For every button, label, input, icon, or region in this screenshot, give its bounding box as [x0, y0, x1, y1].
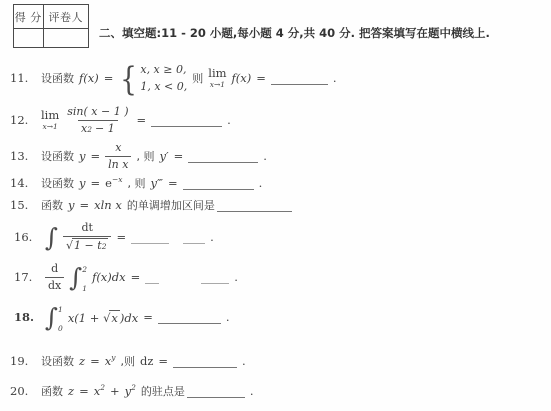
function-lhs: y [79, 176, 86, 190]
grader-label: 评卷人 [49, 9, 84, 25]
equals-sign: = [137, 113, 147, 127]
answer-blank-segment [131, 230, 169, 244]
question-19-row: 19. 设函数 z = xy ,则 dz = . [10, 350, 246, 372]
score-label: 得 分 [15, 9, 42, 25]
fraction: sin( x − 1 ) x2 − 1 [64, 105, 131, 136]
exponential-expression: e−x [105, 176, 122, 190]
integrand: f(x)dx [92, 270, 126, 284]
question-18-row: 18. ∫ 1 0 x(1 + √x)dx = . [14, 298, 230, 336]
power-expression: y2 [125, 384, 136, 398]
equals-sign: = [90, 354, 100, 368]
fraction: x ln x [105, 141, 131, 172]
function-lhs: y [68, 198, 75, 212]
equals-sign: = [91, 176, 101, 190]
question-11-row: 11. 设函数 f(x) = { x, x ≥ 0, 1, x < 0, 则 l… [10, 58, 337, 98]
question-number: 18. [14, 310, 36, 324]
question-pretext: 函数 [41, 383, 63, 399]
d-numerator: d [51, 262, 58, 276]
power-superscript: 2 [100, 383, 105, 392]
function-lhs: z [68, 384, 74, 398]
power-superscript: y [111, 353, 115, 362]
question-number: 14. [10, 176, 32, 190]
definite-integral: ∫ 2 1 [69, 263, 87, 291]
integral-upper-limit: 2 [82, 265, 87, 274]
question-number: 11. [10, 71, 32, 85]
period: . [210, 230, 214, 244]
question-15-row: 15. 函数 y = xln x 的单调增加区间是 [10, 196, 292, 214]
answer-blank-segment [183, 230, 205, 244]
question-14-row: 14. 设函数 y = e−x , 则 y‴ = . [10, 172, 262, 194]
function-expression: f(x) [79, 71, 99, 85]
integrand-pre: x(1 + [68, 311, 100, 325]
derivative-operator: d dx [45, 262, 64, 293]
function-rhs: xln x [94, 198, 122, 212]
question-pretext: 设函数 [41, 175, 74, 191]
grader-entry-cell [44, 29, 88, 47]
answer-blank [151, 113, 222, 127]
score-entry-cell [14, 29, 44, 47]
question-number: 20. [10, 384, 32, 398]
integral-sign: ∫ [45, 305, 58, 330]
question-posttext: 的单调增加区间是 [127, 197, 215, 213]
integral-lower-limit: 0 [58, 324, 63, 333]
derivative-expression: y′ [159, 149, 168, 163]
function-expression: f(x) [232, 71, 252, 85]
fraction-numerator: dt [82, 221, 93, 235]
fraction-denominator: x2 − 1 [78, 120, 118, 136]
question-number: 13. [10, 149, 32, 163]
answer-blank [271, 71, 328, 85]
definite-integral: ∫ 1 0 [45, 303, 63, 331]
limit-word: lim [208, 68, 226, 80]
answer-blank [187, 384, 245, 398]
mid-text: , 则 [136, 148, 154, 164]
function-lhs: z [79, 354, 85, 368]
derivative-expression: y‴ [150, 176, 162, 190]
case-column: x, x ≥ 0, 1, x < 0, [140, 63, 187, 93]
fraction-numerator: x [115, 141, 121, 155]
period: . [242, 354, 246, 368]
period: . [259, 176, 263, 190]
then-text: 则 [192, 70, 203, 86]
exp-superscript: −x [112, 175, 123, 184]
answer-blank [145, 271, 229, 284]
sqrt-expression: √ 1 − t2 [66, 238, 108, 253]
question-number: 19. [10, 354, 32, 368]
equals-sign: = [91, 149, 101, 163]
power-superscript: 2 [131, 383, 136, 392]
d-denominator: dx [48, 279, 61, 293]
equals-sign: = [168, 176, 178, 190]
question-number: 17. [14, 270, 36, 284]
limit-word: lim [41, 110, 59, 122]
plus-sign: + [110, 384, 120, 398]
question-pretext: 设函数 [41, 148, 74, 164]
function-lhs: y [79, 149, 86, 163]
question-13-row: 13. 设函数 y = x ln x , 则 y′ = . [10, 140, 267, 172]
integral-lower-limit: 1 [82, 284, 87, 293]
period: . [226, 310, 230, 324]
fraction: dt √ 1 − t2 [63, 221, 111, 253]
question-16-row: 16. ∫ dt √ 1 − t2 = . [14, 218, 214, 256]
period: . [333, 71, 337, 85]
answer-blank [131, 231, 205, 244]
denominator-rest: − 1 [95, 122, 115, 136]
period: . [234, 270, 238, 284]
question-pretext: 设函数 [41, 353, 74, 369]
answer-blank [173, 354, 237, 368]
period: . [250, 384, 254, 398]
case-line-1: x, x ≥ 0, [140, 63, 187, 76]
equals-sign: = [158, 354, 168, 368]
differential-expression: dz [140, 354, 153, 368]
equals-sign: = [131, 270, 141, 284]
integral-sign: ∫ [69, 265, 82, 290]
question-number: 16. [14, 230, 36, 244]
case-line-2: 1, x < 0, [140, 80, 187, 93]
answer-blank [183, 176, 254, 190]
answer-blank [188, 149, 258, 163]
integral-limits: 1 0 [58, 305, 63, 333]
question-17-row: 17. d dx ∫ 2 1 f(x)dx = . [14, 258, 238, 296]
question-posttext: 的驻点是 [141, 383, 185, 399]
exam-paper-page: 得 分 评卷人 二、填空题:11 - 20 小题,每小题 4 分,共 40 分.… [0, 0, 551, 411]
question-12-row: 12. lim x→1 sin( x − 1 ) x2 − 1 = . [10, 102, 231, 138]
limit-block: lim x→1 [208, 68, 226, 89]
answer-blank-segment [201, 270, 229, 284]
sqrt-body: 1 − t2 [72, 238, 108, 253]
answer-blank [158, 310, 221, 324]
piecewise-brace: { [120, 62, 137, 95]
exp-base: e [105, 176, 112, 190]
sqrt-expression: √x [103, 310, 120, 325]
fraction-denominator: ln x [108, 158, 128, 172]
integral-upper-limit: 1 [58, 305, 63, 314]
question-number: 12. [10, 113, 32, 127]
mid-text: , 则 [127, 175, 145, 191]
equals-sign: = [80, 198, 90, 212]
score-table: 得 分 评卷人 [13, 4, 89, 48]
equals-sign: = [143, 310, 153, 324]
integral-limits: 2 1 [82, 265, 87, 293]
grader-cell: 评卷人 [44, 5, 88, 29]
integrand: x(1 + √x)dx [68, 310, 138, 325]
period: . [227, 113, 231, 127]
power-expression: xy [105, 354, 116, 368]
equals-sign: = [174, 149, 184, 163]
answer-blank-segment [145, 270, 159, 284]
fraction-numerator: sin( x − 1 ) [67, 105, 128, 119]
score-cell: 得 分 [14, 5, 44, 29]
fraction-denominator: √ 1 − t2 [63, 236, 111, 253]
sqrt-body-text: x [111, 311, 118, 325]
integral-sign: ∫ [45, 225, 58, 250]
period: . [263, 149, 267, 163]
question-pretext: 设函数 [41, 70, 74, 86]
answer-blank [217, 198, 292, 212]
limit-block: lim x→1 [41, 110, 59, 131]
sqrt-body-text: 1 − t [74, 239, 102, 253]
piecewise-cases: { x, x ≥ 0, 1, x < 0, [118, 62, 187, 95]
integrand-post: )dx [120, 311, 138, 325]
equals-sign: = [116, 230, 126, 244]
mid-text: ,则 [120, 353, 135, 369]
question-pretext: 函数 [41, 197, 63, 213]
equals-sign: = [79, 384, 89, 398]
power-expression: x2 [94, 384, 105, 398]
equals-sign: = [104, 71, 114, 85]
question-number: 15. [10, 198, 32, 212]
question-20-row: 20. 函数 z = x2 + y2 的驻点是 . [10, 378, 254, 404]
limit-subscript: x→1 [210, 81, 225, 89]
equals-sign: = [256, 71, 266, 85]
limit-subscript: x→1 [42, 123, 57, 131]
section-header: 二、填空题:11 - 20 小题,每小题 4 分,共 40 分. 把答案填写在题… [99, 25, 490, 41]
